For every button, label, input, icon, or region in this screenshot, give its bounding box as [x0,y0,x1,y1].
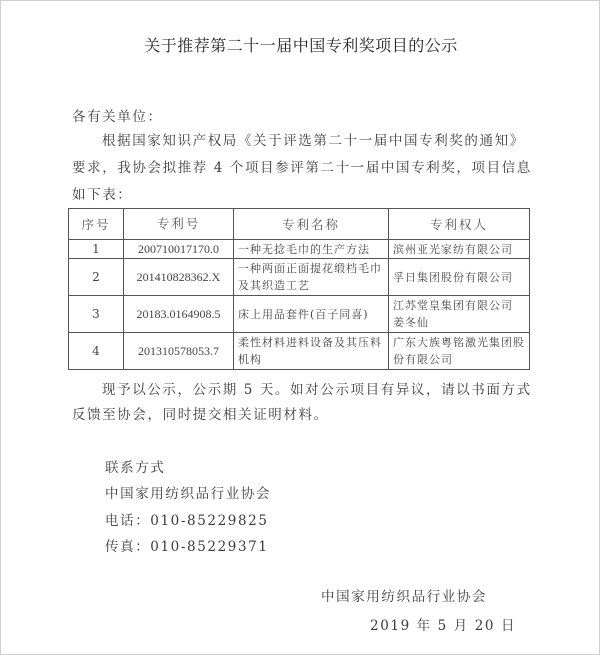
header-patent-owner: 专利权人 [389,209,530,240]
document-title: 关于推荐第二十一届中国专利奖项目的公示 [1,33,600,56]
cell-patent-owner: 孚日集团股份有限公司 [389,259,530,296]
patent-table: 序号 专利号 专利名称 专利权人 1 200710017170.0 一种无捻毛巾… [68,208,530,370]
cell-no: 1 [69,240,124,259]
cell-patent-owner: 滨州亚光家纺有限公司 [389,240,530,259]
table-row: 4 201310578053.7 柔性材料进料设备及其压料机构 广东大族粤铭激光… [69,333,530,370]
cell-patent-number: 201410828362.X [124,259,234,296]
table-row: 3 20183.0164908.5 床上用品套件(百子同喜) 江苏堂皇集团有限公… [69,296,530,333]
cell-patent-owner: 江苏堂皇集团有限公司 姜冬仙 [389,296,530,333]
salutation: 各有关单位： [72,105,163,125]
cell-patent-number: 20183.0164908.5 [124,296,234,333]
table-row: 1 200710017170.0 一种无捻毛巾的生产方法 滨州亚光家纺有限公司 [69,240,530,259]
cell-patent-name: 床上用品套件(百子同喜) [234,296,389,333]
intro-line-2: 要求，我协会拟推荐 4 个项目参评第二十一届中国专利奖，项目信息 [72,156,532,176]
intro-line-3: 如下表： [72,183,132,203]
header-no: 序号 [69,209,124,240]
notice-line-2: 反馈至协会，同时提交相关证明材料。 [72,403,329,423]
table-header-row: 序号 专利号 专利名称 专利权人 [69,209,530,240]
contact-fax: 传真：010-85229371 [105,535,269,555]
contact-organization: 中国家用纺织品行业协会 [105,482,271,502]
signature-date: 2019 年 5 月 20 日 [370,614,516,634]
cell-patent-name: 一种两面正面提花缎档毛巾及其织造工艺 [234,259,389,296]
cell-patent-owner: 广东大族粤铭激光集团股份有限公司 [389,333,530,370]
cell-no: 4 [69,333,124,370]
header-patent-name: 专利名称 [234,209,389,240]
cell-patent-number: 200710017170.0 [124,240,234,259]
cell-patent-name: 一种无捻毛巾的生产方法 [234,240,389,259]
cell-no: 2 [69,259,124,296]
contact-heading: 联系方式 [105,456,165,476]
cell-no: 3 [69,296,124,333]
intro-line-1: 根据国家知识产权局《关于评选第二十一届中国专利奖的通知》 [102,129,525,149]
table-row: 2 201410828362.X 一种两面正面提花缎档毛巾及其织造工艺 孚日集团… [69,259,530,296]
notice-line-1: 现予以公示，公示期 5 天。如对公示项目有异议，请以书面方式 [102,378,532,398]
cell-patent-name: 柔性材料进料设备及其压料机构 [234,333,389,370]
contact-phone: 电话：010-85229825 [105,509,269,529]
document-page: 关于推荐第二十一届中国专利奖项目的公示 各有关单位： 根据国家知识产权局《关于评… [0,0,600,655]
header-patent-number: 专利号 [124,209,234,240]
cell-patent-number: 201310578053.7 [124,333,234,370]
signature-organization: 中国家用纺织品行业协会 [321,585,487,605]
